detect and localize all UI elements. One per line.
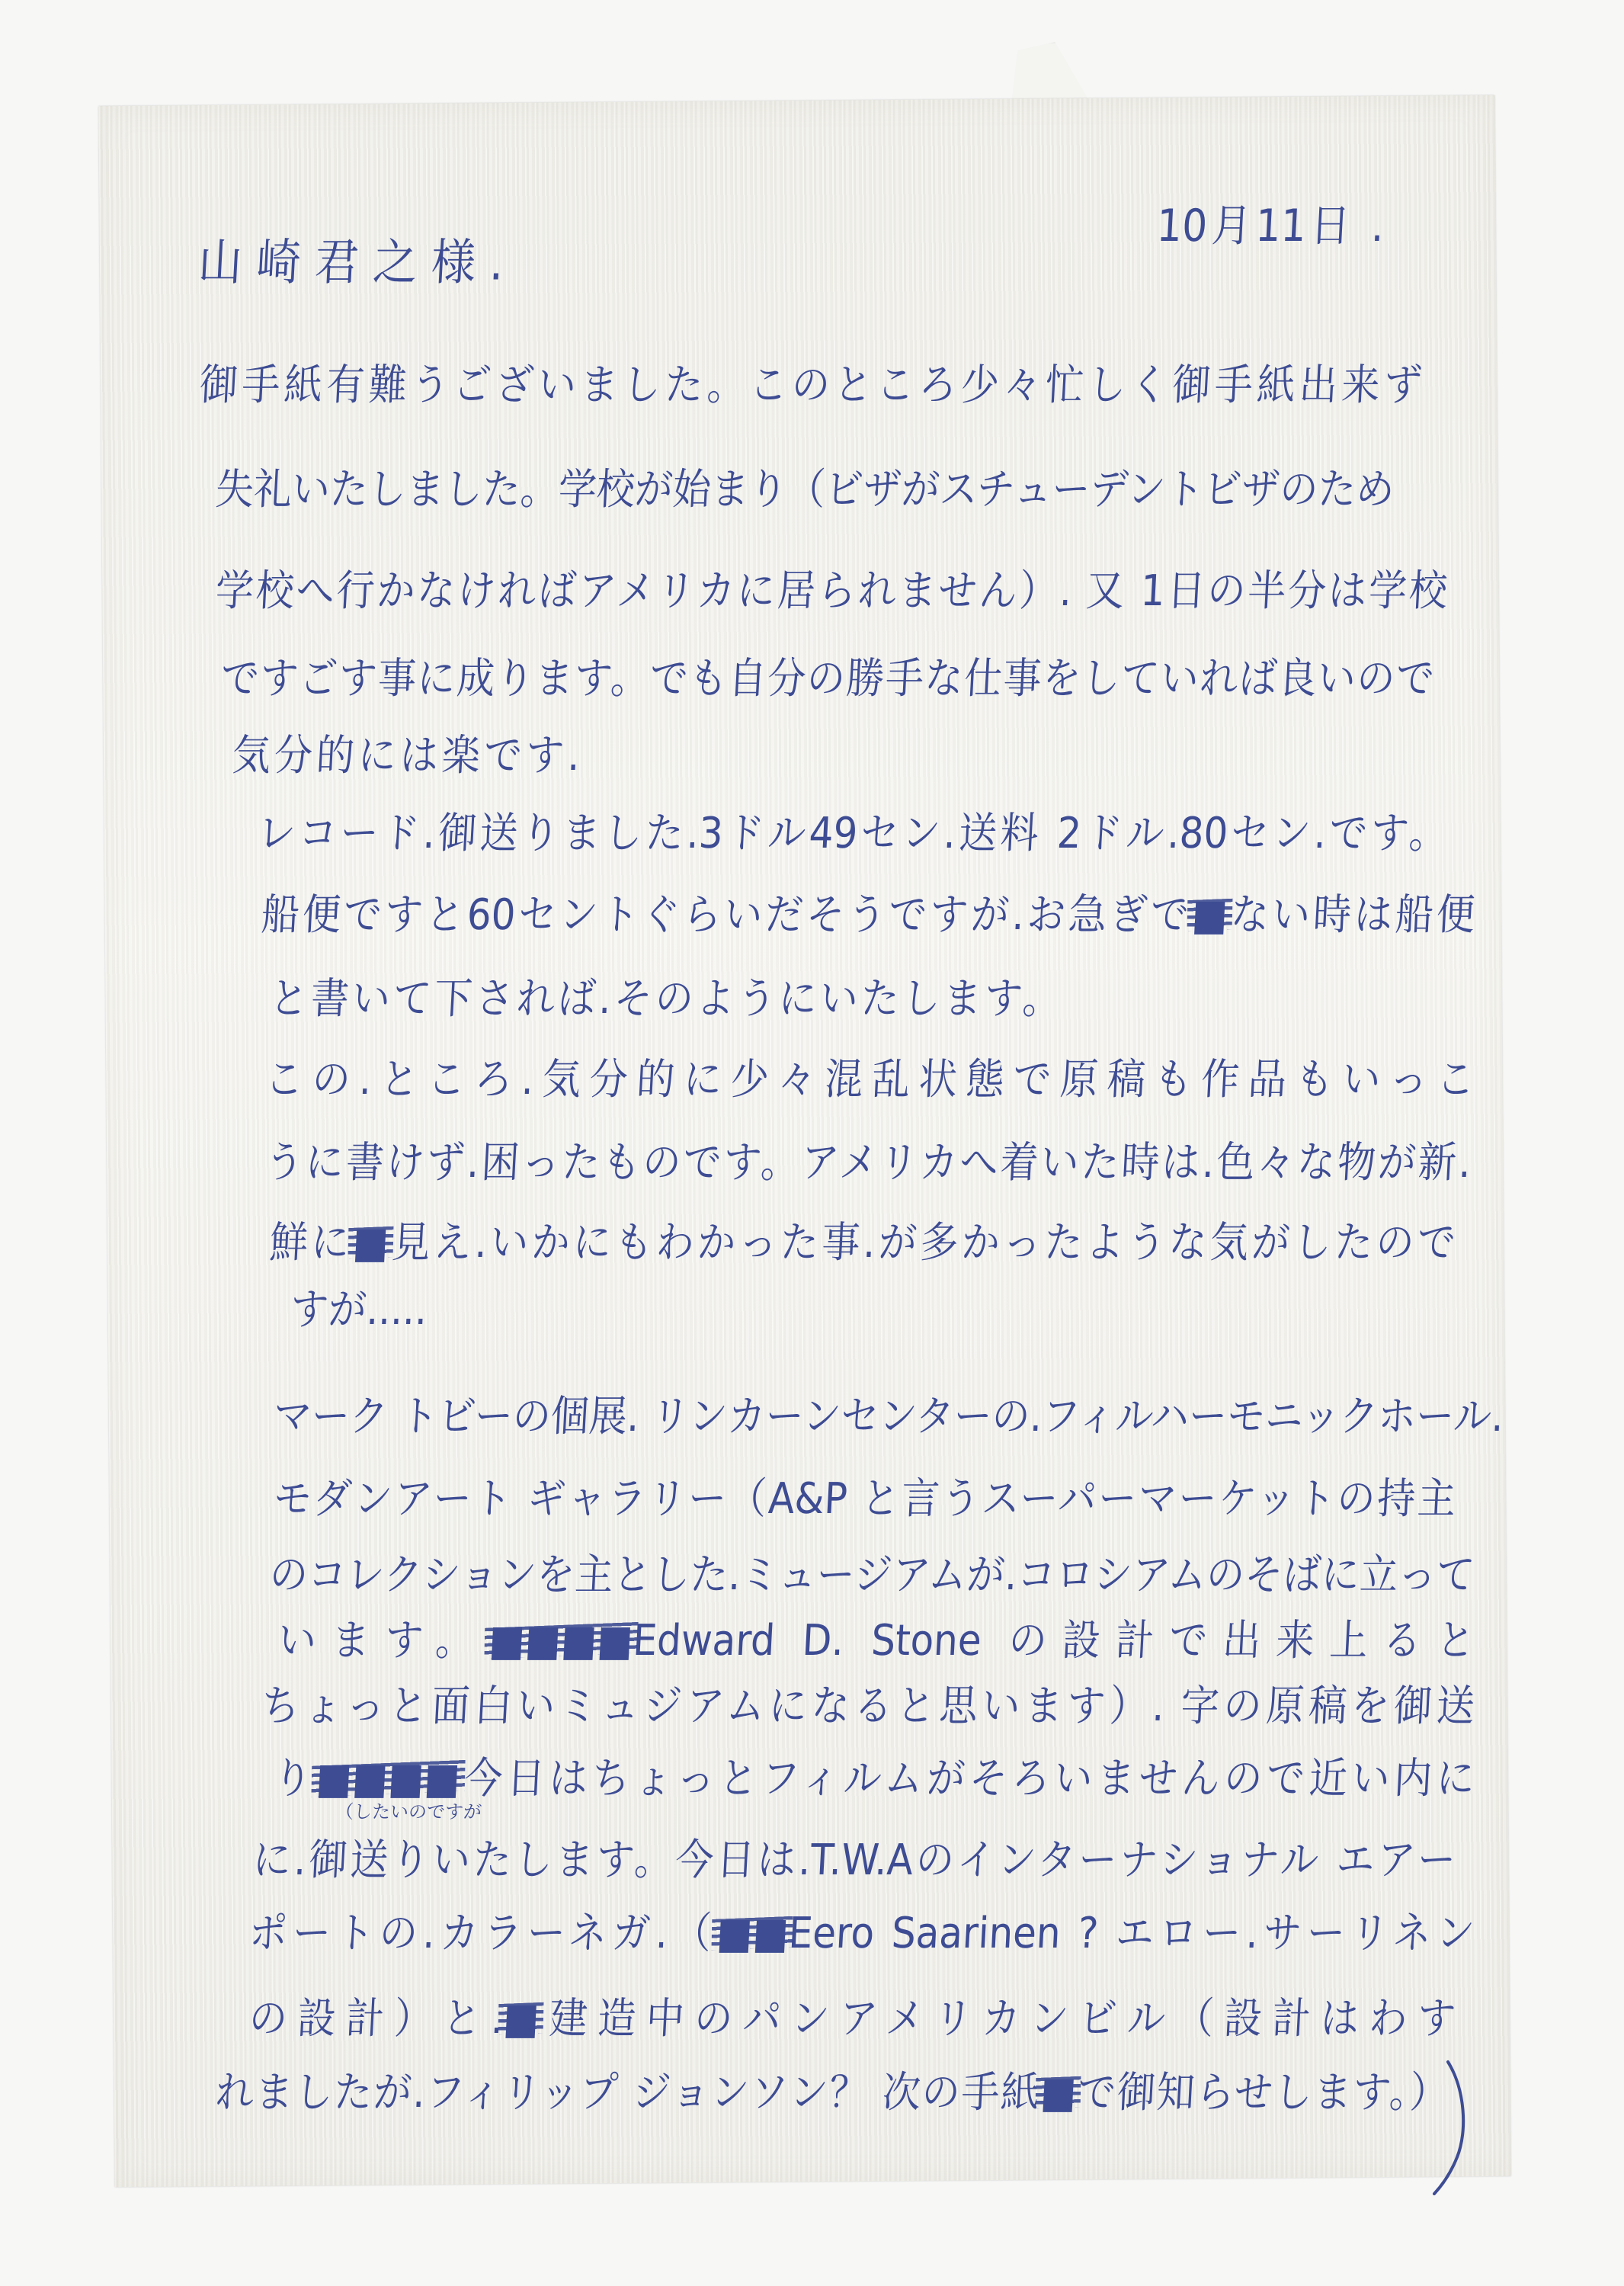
letter-line: 失礼いたしました。学校が始まり（ビザがスチューデントビザのため <box>214 460 1395 519</box>
line-text: ポートの.カラーネガ.（ <box>248 1909 718 1958</box>
letter-line: この.ところ.気分的に少々混乱状態で原稿も作品もいっこ <box>264 1050 1476 1109</box>
struck-text: ■■■■ <box>488 1611 635 1670</box>
struck-text: ■ <box>351 1213 390 1272</box>
struck-text: ■ <box>1190 885 1229 944</box>
line-text: れましたが.フィリップ ジョンソン？ 次の手紙 <box>214 2068 1042 2118</box>
letter-line: 気分的には楽です. <box>231 726 585 785</box>
letter-line-corrected: います。■■■■Edward D. Stone の設計で出来上ると <box>277 1611 1476 1670</box>
letter-line: と書いて下されば.そのようにいたします。 <box>268 969 928 1028</box>
struck-text: ■ <box>1039 2063 1078 2122</box>
letter-line: ちょっと面白いミュジアムになると思います）. 字の原稿を御送 <box>260 1676 1476 1736</box>
struck-text: ■■ <box>715 1903 790 1963</box>
letter-line: ですごす事に成ります。でも自分の勝手な仕事をしていれば良いので <box>219 649 1436 708</box>
letter-line: レコード.御送りました.3ドル49セン.送料 2ドル.80セン.です。 <box>256 803 1449 863</box>
line-text: 見え.いかにもわかった事.が多かったような気がしたので <box>387 1218 1456 1268</box>
letter-line-corrected: 船便ですと60セントぐらいだそうですが.お急ぎで■ない時は船便 <box>260 885 1476 944</box>
line-text: で御知らせします。） <box>1075 2068 1449 2118</box>
letter-line-corrected: の設計）と.■建造中のパンアメリカンビル（設計はわす <box>248 1989 1457 2048</box>
line-text: の設計）と. <box>248 1994 504 2044</box>
struck-text: ■■■■ <box>315 1749 462 1808</box>
letter-date: 10月11日 . <box>1155 197 1385 256</box>
line-text: Eero Saarinen ? エロー.サーリネン <box>787 1909 1476 1958</box>
letter-line: 御手紙有難うございました。このところ少々忙しく御手紙出来ず <box>198 355 1424 415</box>
line-text: います。 <box>277 1616 490 1666</box>
letter-line-corrected: れましたが.フィリップ ジョンソン？ 次の手紙■で御知らせします。） <box>214 2063 1449 2122</box>
line-text: 今日はちょっとフィルムがそろいませんので近い内に <box>459 1754 1476 1803</box>
line-text: ない時は船便 <box>1226 890 1475 940</box>
letter-line: に.御送りいたします。今日は.T.W.Aのインターナショナル エアー <box>251 1830 1457 1890</box>
letter-line: 学校へ行かなければアメリカに居られません）. 又 1日の半分は学校 <box>214 561 1449 620</box>
struck-text: ■ <box>501 1989 540 2048</box>
letter-line: マーク トビーの個展. リンカーンセンターの.フィルハーモニックホール. <box>272 1387 1408 1446</box>
inserted-correction: （したいのですが <box>335 1800 482 1823</box>
letter-line-corrected: 鮮に■見え.いかにもわかった事.が多かったような気がしたので <box>268 1213 1457 1272</box>
line-text: 鮮に <box>268 1218 354 1268</box>
letter-line: うに書けず.困ったものです。アメリカへ着いた時は.色々な物が新. <box>264 1133 1472 1192</box>
line-text: 船便ですと60セントぐらいだそうですが.お急ぎで <box>260 890 1193 940</box>
letter-line: のコレクションを主とした.ミュージアムが.コロシアムのそばに立って <box>268 1545 1476 1605</box>
closing-bracket-stroke <box>1417 2058 1478 2195</box>
letter-line: モダンアート ギャラリー（A&P と言うスーパーマーケットの持主 <box>272 1469 1457 1528</box>
letter-line-corrected: ポートの.カラーネガ.（■■Eero Saarinen ? エロー.サーリネン <box>248 1903 1476 1963</box>
line-text: Edward D. Stone の設計で出来上ると <box>632 1616 1476 1666</box>
letter-line: すが..... <box>289 1280 457 1339</box>
letter-line-corrected: り■■■■今日はちょっとフィルムがそろいませんので近い内に <box>272 1749 1476 1808</box>
letter-salutation: 山崎君之様. <box>197 232 505 292</box>
line-text: 建造中のパンアメリカンビル（設計はわす <box>538 1994 1457 2044</box>
